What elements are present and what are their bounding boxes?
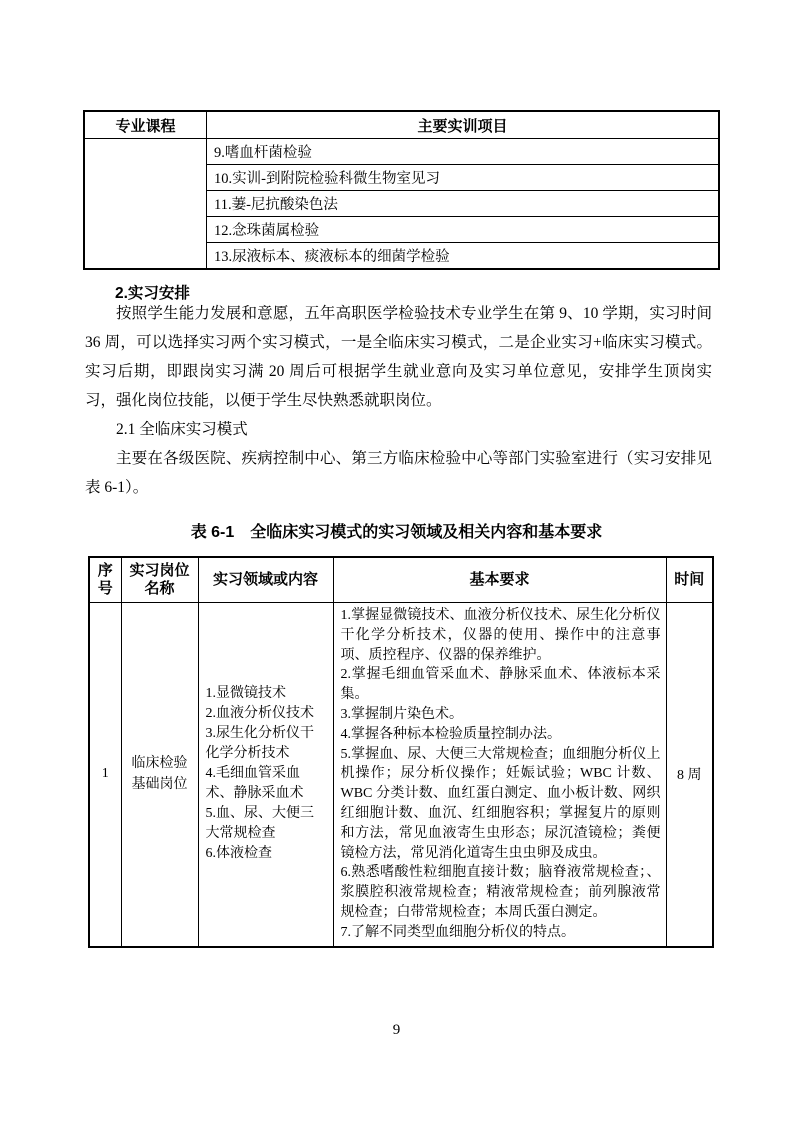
table-row: 1 临床检验基础岗位 1.显微镜技术 2.血液分析仪技术 3.尿生化分析仪干化学… <box>89 603 713 947</box>
table-header-row: 专业课程 主要实训项目 <box>84 111 719 139</box>
column-header-duration: 时间 <box>666 557 713 603</box>
table-6-1-title: 表 6-1 全临床实习模式的实习领域及相关内容和基本要求 <box>0 521 793 545</box>
paragraph-internship-arrangement: 按照学生能力发展和意愿，五年高职医学检验技术专业学生在第 9、10 学期，实习时… <box>85 299 712 415</box>
requirement-item: 4.掌握各种标本检验质量控制办法。 <box>341 725 661 745</box>
course-training-projects-table: 专业课程 主要实训项目 9.嗜血杆菌检验 10.实训-到附院检验科微生物室见习 … <box>83 110 720 270</box>
requirement-item: 5.掌握血、尿、大便三大常规检查；血细胞分析仪上机操作；尿分析仪操作；妊娠试验；… <box>341 745 661 864</box>
course-cell-empty <box>84 139 207 270</box>
domain-item: 3.尿生化分析仪干化学分析技术 <box>206 724 328 764</box>
project-item: 13.尿液标本、痰液标本的细菌学检验 <box>207 243 720 270</box>
table-row: 9.嗜血杆菌检验 <box>84 139 719 165</box>
column-header-course: 专业课程 <box>84 111 207 139</box>
internship-domains-table: 序号 实习岗位名称 实习领域或内容 基本要求 时间 1 临床检验基础岗位 1.显… <box>88 556 714 948</box>
project-item: 12.念珠菌属检验 <box>207 217 720 243</box>
project-item: 11.萋-尼抗酸染色法 <box>207 191 720 217</box>
column-header-position: 实习岗位名称 <box>121 557 198 603</box>
project-item: 10.实训-到附院检验科微生物室见习 <box>207 165 720 191</box>
requirement-item: 1.掌握显微镜技术、血液分析仪技术、尿生化分析仪干化学分析技术，仪器的使用、操作… <box>341 606 661 665</box>
column-header-seq: 序号 <box>89 557 121 603</box>
domain-item: 6.体液检查 <box>206 844 328 864</box>
duration-cell: 8 周 <box>666 603 713 947</box>
requirement-item: 3.掌握制片染色术。 <box>341 705 661 725</box>
subsection-heading: 2.1 全临床实习模式 <box>116 415 248 444</box>
document-page: 专业课程 主要实训项目 9.嗜血杆菌检验 10.实训-到附院检验科微生物室见习 … <box>0 0 793 1122</box>
domain-item: 4.毛细血管采血术、静脉采血术 <box>206 764 328 804</box>
requirements-cell: 1.掌握显微镜技术、血液分析仪技术、尿生化分析仪干化学分析技术，仪器的使用、操作… <box>333 603 666 947</box>
column-header-domain: 实习领域或内容 <box>198 557 333 603</box>
table-header-row: 序号 实习岗位名称 实习领域或内容 基本要求 时间 <box>89 557 713 603</box>
domain-cell: 1.显微镜技术 2.血液分析仪技术 3.尿生化分析仪干化学分析技术 4.毛细血管… <box>198 603 333 947</box>
column-header-requirements: 基本要求 <box>333 557 666 603</box>
domain-item: 2.血液分析仪技术 <box>206 704 328 724</box>
column-header-projects: 主要实训项目 <box>207 111 720 139</box>
requirement-item: 2.掌握毛细血管采血术、静脉采血术、体液标本采集。 <box>341 665 661 705</box>
requirement-item: 6.熟悉嗜酸性粒细胞直接计数；脑脊液常规检查；、浆膜腔积液常规检查；精液常规检查… <box>341 863 661 922</box>
page-number: 9 <box>0 1022 793 1039</box>
requirement-item: 7.了解不同类型血细胞分析仪的特点。 <box>341 923 661 943</box>
position-cell: 临床检验基础岗位 <box>121 603 198 947</box>
project-item: 9.嗜血杆菌检验 <box>207 139 720 165</box>
seq-cell: 1 <box>89 603 121 947</box>
domain-item: 5.血、尿、大便三大常规检查 <box>206 804 328 844</box>
paragraph-clinical-mode: 主要在各级医院、疾病控制中心、第三方临床检验中心等部门实验室进行（实习安排见表 … <box>85 444 712 502</box>
domain-item: 1.显微镜技术 <box>206 684 328 704</box>
